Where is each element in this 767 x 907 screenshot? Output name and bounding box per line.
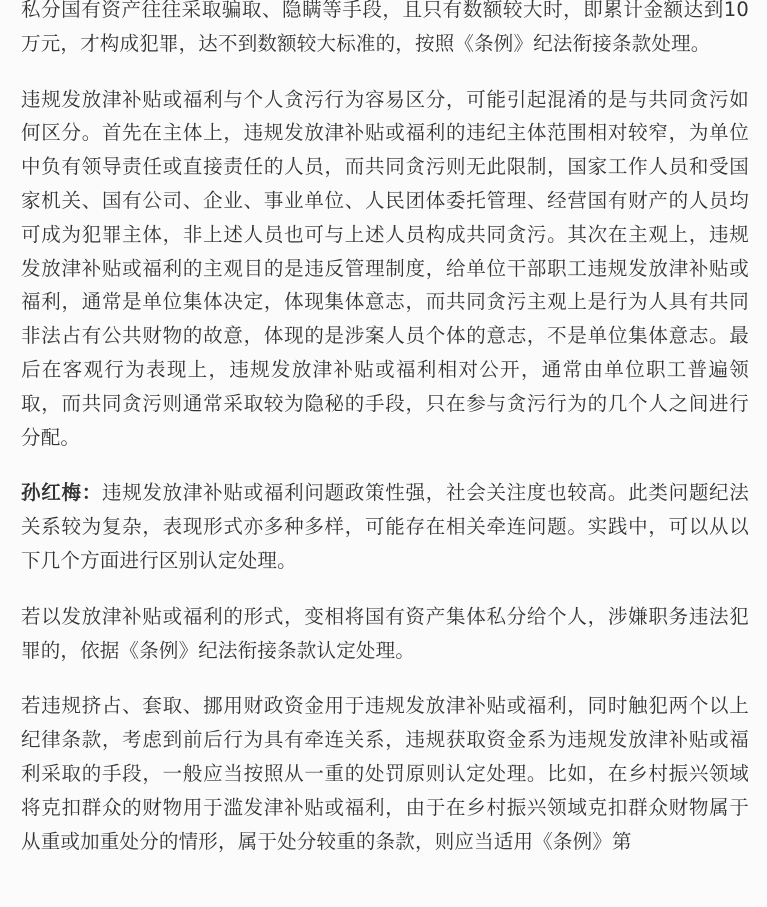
paragraph-1: 私分国有资产往往采取骗取、隐瞒等手段，且只有数额较大时，即累计金额达到10万元，… [21, 0, 749, 61]
paragraph-2: 违规发放津补贴或福利与个人贪污行为容易区分，可能引起混淆的是与共同贪污如何区分。… [21, 83, 749, 455]
paragraph-3-text: 违规发放津补贴或福利问题政策性强，社会关注度也较高。此类问题纪法关系较为复杂，表… [21, 481, 749, 572]
paragraph-4: 若以发放津补贴或福利的形式，变相将国有资产集体私分给个人，涉嫌职务违法犯罪的，依… [21, 600, 749, 668]
paragraph-2-text: 违规发放津补贴或福利与个人贪污行为容易区分，可能引起混淆的是与共同贪污如何区分。… [21, 88, 749, 449]
paragraph-4-text: 若以发放津补贴或福利的形式，变相将国有资产集体私分给个人，涉嫌职务违法犯罪的，依… [21, 605, 749, 662]
paragraph-3: 孙红梅：违规发放津补贴或福利问题政策性强，社会关注度也较高。此类问题纪法关系较为… [21, 476, 749, 577]
article-body: 私分国有资产往往采取骗取、隐瞒等手段，且只有数额较大时，即累计金额达到10万元，… [21, 0, 749, 880]
paragraph-5: 若违规挤占、套取、挪用财政资金用于违规发放津补贴或福利，同时触犯两个以上纪律条款… [21, 689, 749, 858]
speaker-name: 孙红梅： [21, 481, 102, 504]
paragraph-1-text: 私分国有资产往往采取骗取、隐瞒等手段，且只有数额较大时，即累计金额达到10万元，… [21, 0, 749, 55]
paragraph-5-text: 若违规挤占、套取、挪用财政资金用于违规发放津补贴或福利，同时触犯两个以上纪律条款… [21, 694, 749, 852]
